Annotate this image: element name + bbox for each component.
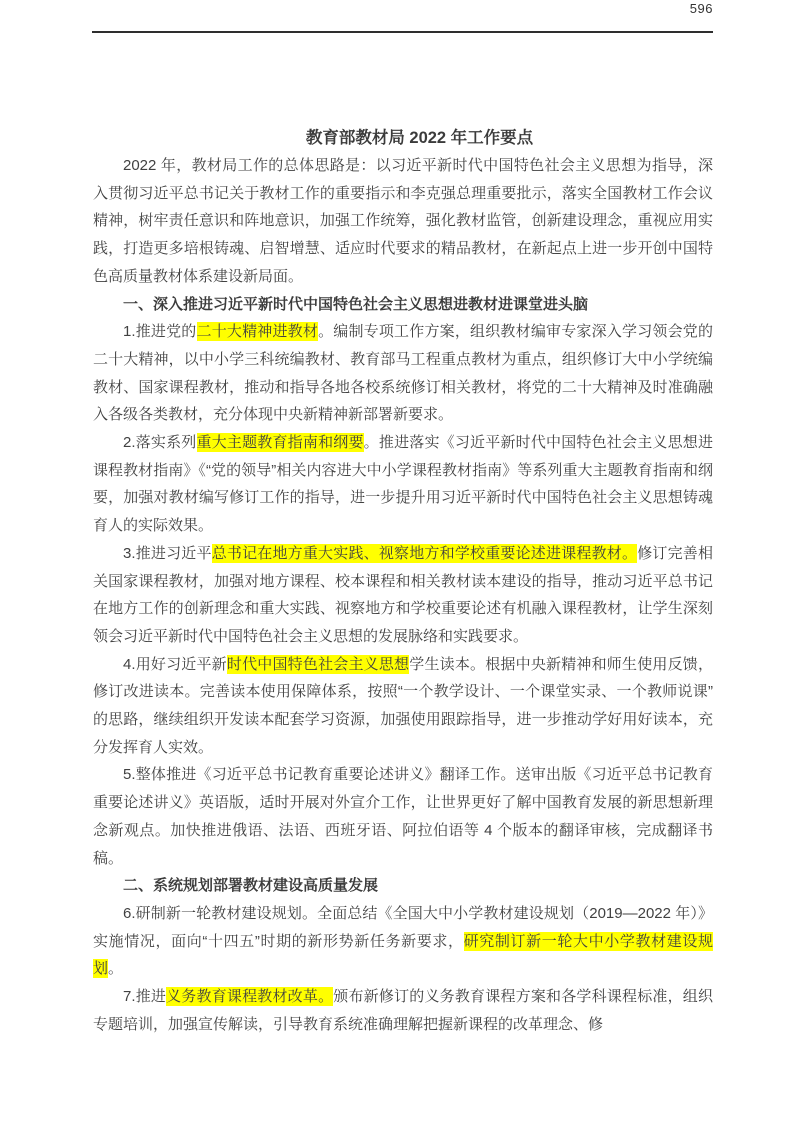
- text-segment: 。: [108, 960, 123, 977]
- highlighted-text: 义务教育课程教材改革。: [166, 987, 333, 1006]
- paragraph: 7.推进义务教育课程教材改革。颁布新修订的义务教育课程方案和各学科课程标准，组织…: [93, 983, 713, 1038]
- paragraph: 4.用好习近平新时代中国特色社会主义思想学生读本。根据中央新精神和师生使用反馈，…: [93, 651, 713, 762]
- text-segment: 4.用好习近平新: [123, 656, 227, 673]
- highlighted-text: 二十大精神进教材: [197, 322, 319, 341]
- paragraph: 2.落实系列重大主题教育指南和纲要。推进落实《习近平新时代中国特色社会主义思想进…: [93, 429, 713, 540]
- paragraph: 1.推进党的二十大精神进教材。编制专项工作方案，组织教材编审专家深入学习领会党的…: [93, 318, 713, 429]
- text-segment: 3.推进习近平: [123, 545, 212, 562]
- section-heading: 二、系统规划部署教材建设高质量发展: [93, 872, 713, 900]
- paragraph: 3.推进习近平总书记在地方重大实践、视察地方和学校重要论述进课程教材。修订完善相…: [93, 540, 713, 651]
- text-segment: 一、深入推进习近平新时代中国特色社会主义思想进教材进课堂进头脑: [123, 296, 588, 313]
- text-segment: 2022 年，教材局工作的总体思路是：以习近平新时代中国特色社会主义思想为指导，…: [93, 157, 713, 285]
- text-segment: 7.推进: [123, 988, 166, 1005]
- highlighted-text: 重大主题教育指南和纲要: [197, 433, 364, 452]
- paragraph: 6.研制新一轮教材建设规划。全面总结《全国大中小学教材建设规划（2019—202…: [93, 900, 713, 983]
- paragraph: 2022 年，教材局工作的总体思路是：以习近平新时代中国特色社会主义思想为指导，…: [93, 152, 713, 291]
- text-segment: 2.落实系列: [123, 434, 197, 451]
- section-heading: 一、深入推进习近平新时代中国特色社会主义思想进教材进课堂进头脑: [93, 291, 713, 319]
- text-segment: 5.整体推进《习近平总书记教育重要论述讲义》翻译工作。送审出版《习近平总书记教育…: [93, 766, 713, 866]
- document-body: 教育部教材局 2022 年工作要点 2022 年，教材局工作的总体思路是：以习近…: [93, 124, 713, 1039]
- paragraph-list: 2022 年，教材局工作的总体思路是：以习近平新时代中国特色社会主义思想为指导，…: [93, 152, 713, 1039]
- document-page: 596 教育部教材局 2022 年工作要点 2022 年，教材局工作的总体思路是…: [0, 0, 793, 1122]
- page-number: 596: [690, 1, 713, 16]
- highlighted-text: 总书记在地方重大实践、视察地方和学校重要论述进课程教材。: [212, 544, 638, 563]
- paragraph: 5.整体推进《习近平总书记教育重要论述讲义》翻译工作。送审出版《习近平总书记教育…: [93, 761, 713, 872]
- highlighted-text: 时代中国特色社会主义思想: [227, 655, 409, 674]
- document-title: 教育部教材局 2022 年工作要点: [93, 124, 713, 152]
- header-rule: [92, 31, 713, 33]
- text-segment: 二、系统规划部署教材建设高质量发展: [123, 877, 378, 894]
- text-segment: 1.推进党的: [123, 323, 197, 340]
